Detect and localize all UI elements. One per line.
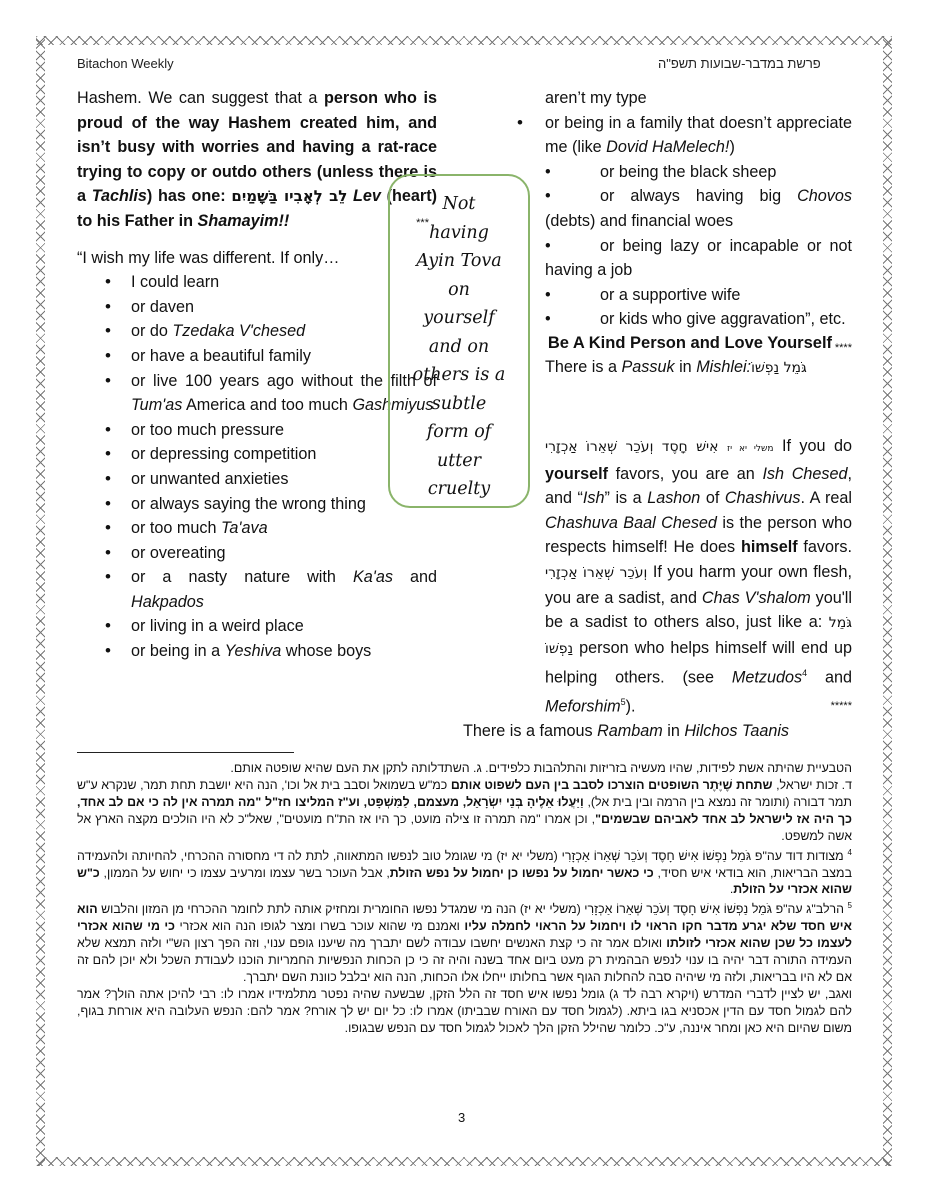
- footnote-separator: [77, 752, 294, 753]
- quote-line: yourself: [390, 304, 528, 333]
- quote-line: subtle: [390, 390, 528, 419]
- quote-line: Ayin Tova: [390, 247, 528, 276]
- footnotes-section: הטבעיית שהיתה אשת לפידות, שהיו מעשיה בזר…: [77, 760, 852, 1037]
- intro-paragraph: Hashem. We can suggest that a person who…: [77, 86, 437, 234]
- section-stars: ****: [835, 336, 852, 361]
- lev-term: Lev: [347, 187, 381, 205]
- list-item-wife: •or a supportive wife: [545, 283, 852, 308]
- footnote-midrash: ואגב, יש לציין לדברי המדרש (ויקרא רבה לד…: [77, 986, 852, 1037]
- list-item: or have a beautiful family: [77, 344, 437, 369]
- intro-text: Hashem. We can suggest that a: [77, 89, 324, 107]
- right-column: aren’t my type •or being in a family tha…: [545, 86, 852, 381]
- continued-text: aren’t my type: [545, 86, 852, 111]
- bullet-icon: •: [517, 111, 523, 136]
- source-ref: משלי יא יז: [727, 444, 773, 454]
- list-item: or a nasty nature with Ka'as and Hakpado…: [77, 565, 437, 614]
- left-column: Hashem. We can suggest that a person who…: [77, 86, 437, 664]
- passuk-paragraph: משלי יא יז אִישׁ חָסֶד וְעֹכֵר שְׁאֵרוֹ …: [463, 434, 852, 744]
- hebrew-lev-phrase: לֵב לְאָבִיו בַּשָּׁמַיִם: [231, 187, 347, 205]
- list-item-black-sheep: •or being the black sheep: [545, 160, 852, 185]
- tachlis-term: Tachlis: [92, 187, 147, 205]
- list-item: or unwanted anxieties: [77, 467, 437, 492]
- rambam-paragraph: There is a famous Rambam in Hilchos Taan…: [463, 719, 852, 744]
- list-item-kids: •or kids who give aggravation”, etc.****: [545, 307, 852, 332]
- list-item: or overeating: [77, 541, 437, 566]
- list-item: or always saying the wrong thing: [77, 492, 437, 517]
- list-item-chovos: •or always having big Chovos (debts) and…: [545, 184, 852, 233]
- section-stars: *****: [831, 694, 852, 719]
- section-heading: Be A Kind Person and Love Yourself: [545, 332, 852, 355]
- intro-bold-text-2: ) has one:: [147, 187, 232, 205]
- quote-line: on: [390, 276, 528, 305]
- quote-line: Not: [390, 190, 528, 219]
- hebrew-passuk: אִישׁ חָסֶד וְעֹכֵר שְׁאֵרוֹ אַכְזָרִי: [545, 439, 719, 455]
- list-item-lazy: •or being lazy or incapable or not havin…: [545, 234, 852, 283]
- list-item: or live 100 years ago without the filth …: [77, 369, 437, 418]
- wish-line: “I wish my life was different. If only…: [77, 246, 437, 271]
- list-item: or too much Ta'ava: [77, 516, 437, 541]
- bullet-icon: •: [545, 234, 600, 259]
- header-publication-title: Bitachon Weekly: [77, 56, 174, 71]
- quote-line: and on: [390, 333, 528, 362]
- list-item: or being in a Yeshiva whose boys: [77, 639, 437, 664]
- page-number: 3: [458, 1110, 465, 1125]
- footnote-continuation: הטבעיית שהיתה אשת לפידות, שהיו מעשיה בזר…: [77, 760, 852, 777]
- footnote-4: 4 מצודות דוד עה"פ גֹּמֵל נַפְשׁוֹ אִישׁ …: [77, 845, 852, 899]
- list-item: or daven: [77, 295, 437, 320]
- header-parsha-title: פרשת במדבר-שבועות תשפ"ה: [658, 56, 821, 71]
- hebrew-passuk: גֹּמֵל נַפְשׁוֹ: [751, 360, 811, 376]
- bullet-icon: •: [545, 184, 600, 209]
- passuk-intro: There is a Passuk in Mishlei: גֹּמֵל נַפ…: [545, 355, 852, 381]
- list-item: I could learn: [77, 270, 437, 295]
- quote-line: having: [390, 219, 528, 248]
- bullet-icon: •: [545, 307, 600, 332]
- list-item: or do Tzedaka V'chesed: [77, 319, 437, 344]
- list-item: or depressing competition: [77, 442, 437, 467]
- footnote-d: ד. זכות ישראל, שתחת שֶׁיֶּתֶר השופטים הו…: [77, 777, 852, 845]
- list-item: or living in a weird place: [77, 614, 437, 639]
- list-item: or too much pressure: [77, 418, 437, 443]
- bullet-icon: •: [545, 160, 600, 185]
- bullet-icon: •: [545, 283, 600, 308]
- quote-line: others is a: [390, 361, 528, 390]
- hebrew-passuk: וְעֹכֵר שְׁאֵרוֹ אַכְזָרִי: [545, 565, 647, 581]
- footnote-5: 5 הרלב"ג עה"פ גֹּמֵל נַפְשׁוֹ אִישׁ חָסֶ…: [77, 898, 852, 986]
- wish-bullet-list: I could learn or daven or do Tzedaka V'c…: [77, 270, 437, 664]
- passuk-paragraph-indented: משלי יא יז אִישׁ חָסֶד וְעֹכֵר שְׁאֵרוֹ …: [545, 434, 852, 719]
- shamayim-term: Shamayim!!: [198, 212, 290, 230]
- list-item-family: •or being in a family that doesn’t appre…: [545, 111, 852, 160]
